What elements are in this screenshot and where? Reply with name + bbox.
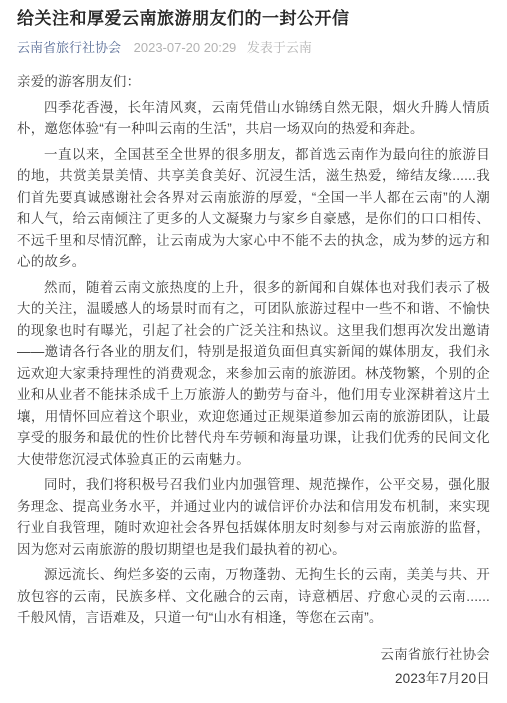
- article-byline: 云南省旅行社协会 2023-07-20 20:29 发表于云南: [17, 39, 490, 56]
- publish-datetime: 2023-07-20 20:29: [134, 40, 237, 55]
- signature-block: 云南省旅行社协会 2023年7月20日: [17, 643, 490, 691]
- article-page: 给关注和厚爱云南旅游朋友们的一封公开信 云南省旅行社协会 2023-07-20 …: [0, 0, 507, 703]
- article-title: 给关注和厚爱云南旅游朋友们的一封公开信: [17, 7, 490, 31]
- paragraph-5: 源远流长、绚烂多姿的云南，万物蓬勃、无拘生长的云南，美美与共、开放包容的云南，民…: [17, 564, 490, 629]
- paragraph-2: 一直以来，全国甚至全世界的很多朋友，都首选云南作为最向往的旅游目的地，共赏美景美…: [17, 144, 490, 273]
- paragraph-4: 同时，我们将积极号召我们业内加强管理、规范操作，公平交易，强化服务理念、提高业务…: [17, 474, 490, 560]
- account-name-link[interactable]: 云南省旅行社协会: [17, 40, 121, 55]
- paragraph-3: 然而，随着云南文旅热度的上升，很多的新闻和自媒体也对我们表示了极大的关注，温暖感…: [17, 277, 490, 471]
- publish-location: 发表于云南: [247, 40, 312, 55]
- salutation: 亲爱的游客朋友们：: [17, 71, 490, 93]
- signature-date: 2023年7月20日: [17, 667, 490, 691]
- article-body: 亲爱的游客朋友们： 四季花香漫，长年清风爽，云南凭借山水锦绣自然无限，烟火升腾人…: [17, 71, 490, 691]
- paragraph-1: 四季花香漫，长年清风爽，云南凭借山水锦绣自然无限，烟火升腾人情质朴，邀您体验“有…: [17, 97, 490, 140]
- signature-name: 云南省旅行社协会: [17, 643, 490, 667]
